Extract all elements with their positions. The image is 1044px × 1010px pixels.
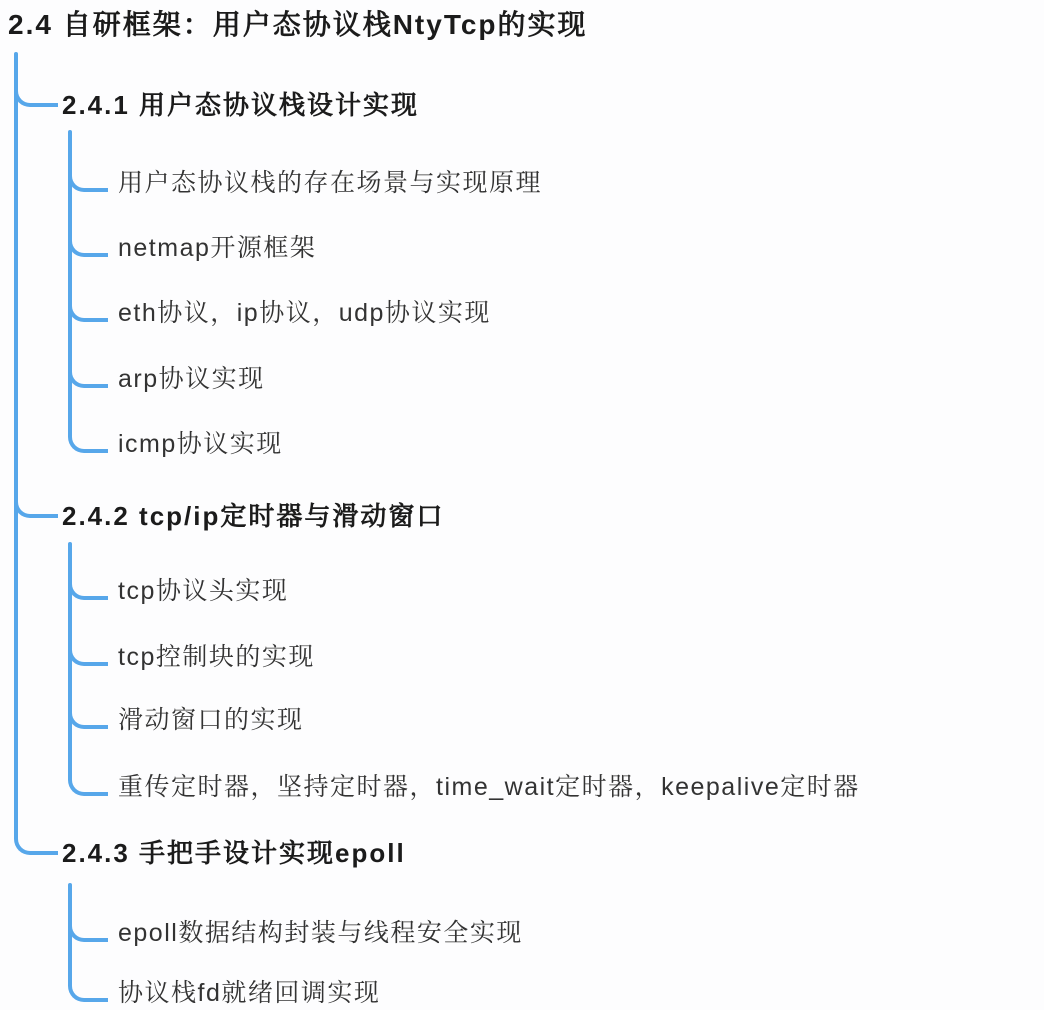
leaf-node-eth-ip-udp: eth协议，ip协议，udp协议实现 bbox=[118, 298, 491, 328]
branch-connector-leaf bbox=[68, 703, 108, 729]
branch-connector-leaf bbox=[68, 166, 108, 192]
leaf-node-tcp-control-block: tcp控制块的实现 bbox=[118, 642, 315, 672]
branch-connector-leaf bbox=[68, 231, 108, 257]
leaf-node-icmp: icmp协议实现 bbox=[118, 429, 283, 459]
section-node-242: 2.4.2 tcp/ip定时器与滑动窗口 bbox=[62, 501, 444, 531]
branch-connector-leaf bbox=[68, 427, 108, 453]
leaf-node-epoll-structures: epoll数据结构封装与线程安全实现 bbox=[118, 918, 523, 948]
root-node-title: 2.4 自研框架：用户态协议栈NtyTcp的实现 bbox=[8, 8, 588, 42]
branch-connector-leaf bbox=[68, 916, 108, 942]
section-node-243: 2.4.3 手把手设计实现epoll bbox=[62, 838, 406, 868]
branch-connector-leaf bbox=[68, 770, 108, 796]
branch-connector-leaf bbox=[68, 640, 108, 666]
branch-connector-section-2 bbox=[14, 492, 58, 518]
branch-connector-leaf bbox=[68, 296, 108, 322]
section-node-241: 2.4.1 用户态协议栈设计实现 bbox=[62, 90, 419, 120]
leaf-node-timers: 重传定时器，坚持定时器，time_wait定时器，keepalive定时器 bbox=[118, 772, 860, 802]
branch-connector-leaf bbox=[68, 574, 108, 600]
leaf-node-fd-ready-callback: 协议栈fd就绪回调实现 bbox=[118, 978, 380, 1008]
leaf-node-arp: arp协议实现 bbox=[118, 364, 265, 394]
branch-connector-section-1 bbox=[14, 81, 58, 107]
leaf-node-netmap: netmap开源框架 bbox=[118, 233, 316, 263]
leaf-node-sliding-window: 滑动窗口的实现 bbox=[118, 705, 304, 735]
leaf-node-tcp-header: tcp协议头实现 bbox=[118, 576, 288, 606]
branch-connector-leaf bbox=[68, 976, 108, 1002]
branch-connector-section-3 bbox=[14, 829, 58, 855]
leaf-node-user-stack-principle: 用户态协议栈的存在场景与实现原理 bbox=[118, 168, 542, 198]
branch-connector-leaf bbox=[68, 362, 108, 388]
mindmap-canvas: 2.4 自研框架：用户态协议栈NtyTcp的实现 2.4.1 用户态协议栈设计实… bbox=[0, 0, 1044, 1010]
trunk-line-main bbox=[14, 52, 18, 831]
